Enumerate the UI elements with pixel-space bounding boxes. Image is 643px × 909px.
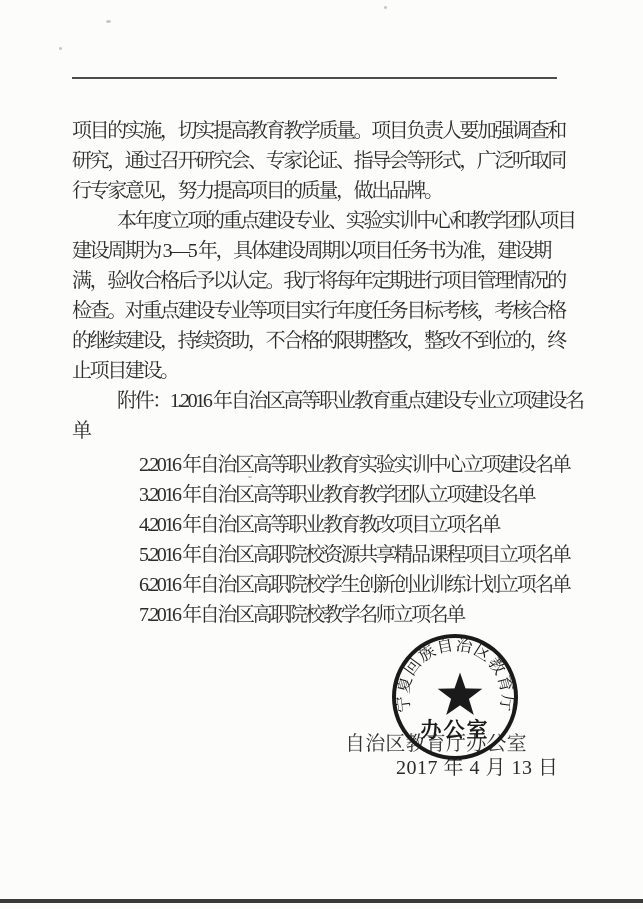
scan-page-edge <box>0 899 643 903</box>
header-divider-rule <box>72 77 557 79</box>
attachments-heading-line: 附件：1.2016 年自治区高等职业教育重点建设专业立项建设名 <box>72 386 577 416</box>
body-line: 研究，通过召开研究会、专家论证、指导会等形式，广泛听取同 <box>72 146 577 176</box>
attachment-item-1-wrap: 单 <box>72 416 577 446</box>
body-line: 建设周期为 3—5 年，具体建设周期以项目任务书为准，建设期 <box>72 236 577 266</box>
attachments-label: 附件： <box>117 390 170 412</box>
body-line: 本年度立项的重点建设专业、实验实训中心和教学团队项目 <box>72 206 577 236</box>
scan-speck <box>59 47 62 50</box>
attachment-item: 4.2016 年自治区高等职业教育教改项目立项名单 <box>139 510 577 540</box>
scan-speck <box>384 6 387 9</box>
body-line: 项目的实施，切实提高教育教学质量。项目负责人要加强调查和 <box>72 116 577 146</box>
attachment-item: 3.2016 年自治区高等职业教育教学团队立项建设名单 <box>139 480 577 510</box>
attachment-item: 6.2016 年自治区高职院校学生创新创业训练计划立项名单 <box>139 570 577 600</box>
scanned-document-page: 项目的实施，切实提高教育教学质量。项目负责人要加强调查和 研究，通过召开研究会、… <box>0 0 643 909</box>
attachment-item: 7.2016 年自治区高职院校教学名师立项名单 <box>139 600 577 630</box>
attachment-item: 2.2016 年自治区高等职业教育实验实训中心立项建设名单 <box>139 450 577 480</box>
body-line: 止项目建设。 <box>72 356 577 386</box>
document-body: 项目的实施，切实提高教育教学质量。项目负责人要加强调查和 研究，通过召开研究会、… <box>72 116 577 630</box>
body-line: 的继续建设，持续资助，不合格的限期整改，整改不到位的，终 <box>72 326 577 356</box>
attachment-list: 2.2016 年自治区高等职业教育实验实训中心立项建设名单 3.2016 年自治… <box>139 450 577 630</box>
scan-speck <box>106 20 111 23</box>
official-seal: 宁夏回族自治区教育厅 办公室 <box>390 632 520 762</box>
attachment-item-1: 1.2016 年自治区高等职业教育重点建设专业立项建设名 <box>170 390 583 412</box>
star-icon <box>438 673 483 716</box>
seal-inner-text: 办公室 <box>421 718 490 742</box>
body-line: 检查。对重点建设专业等项目实行年度任务目标考核，考核合格 <box>72 296 577 326</box>
body-line: 满，验收合格后予以认定。我厅将每年定期进行项目管理情况的 <box>72 266 577 296</box>
attachment-item: 5.2016 年自治区高职院校资源共享精品课程项目立项名单 <box>139 540 577 570</box>
body-line: 行专家意见，努力提高项目的质量，做出品牌。 <box>72 176 577 206</box>
